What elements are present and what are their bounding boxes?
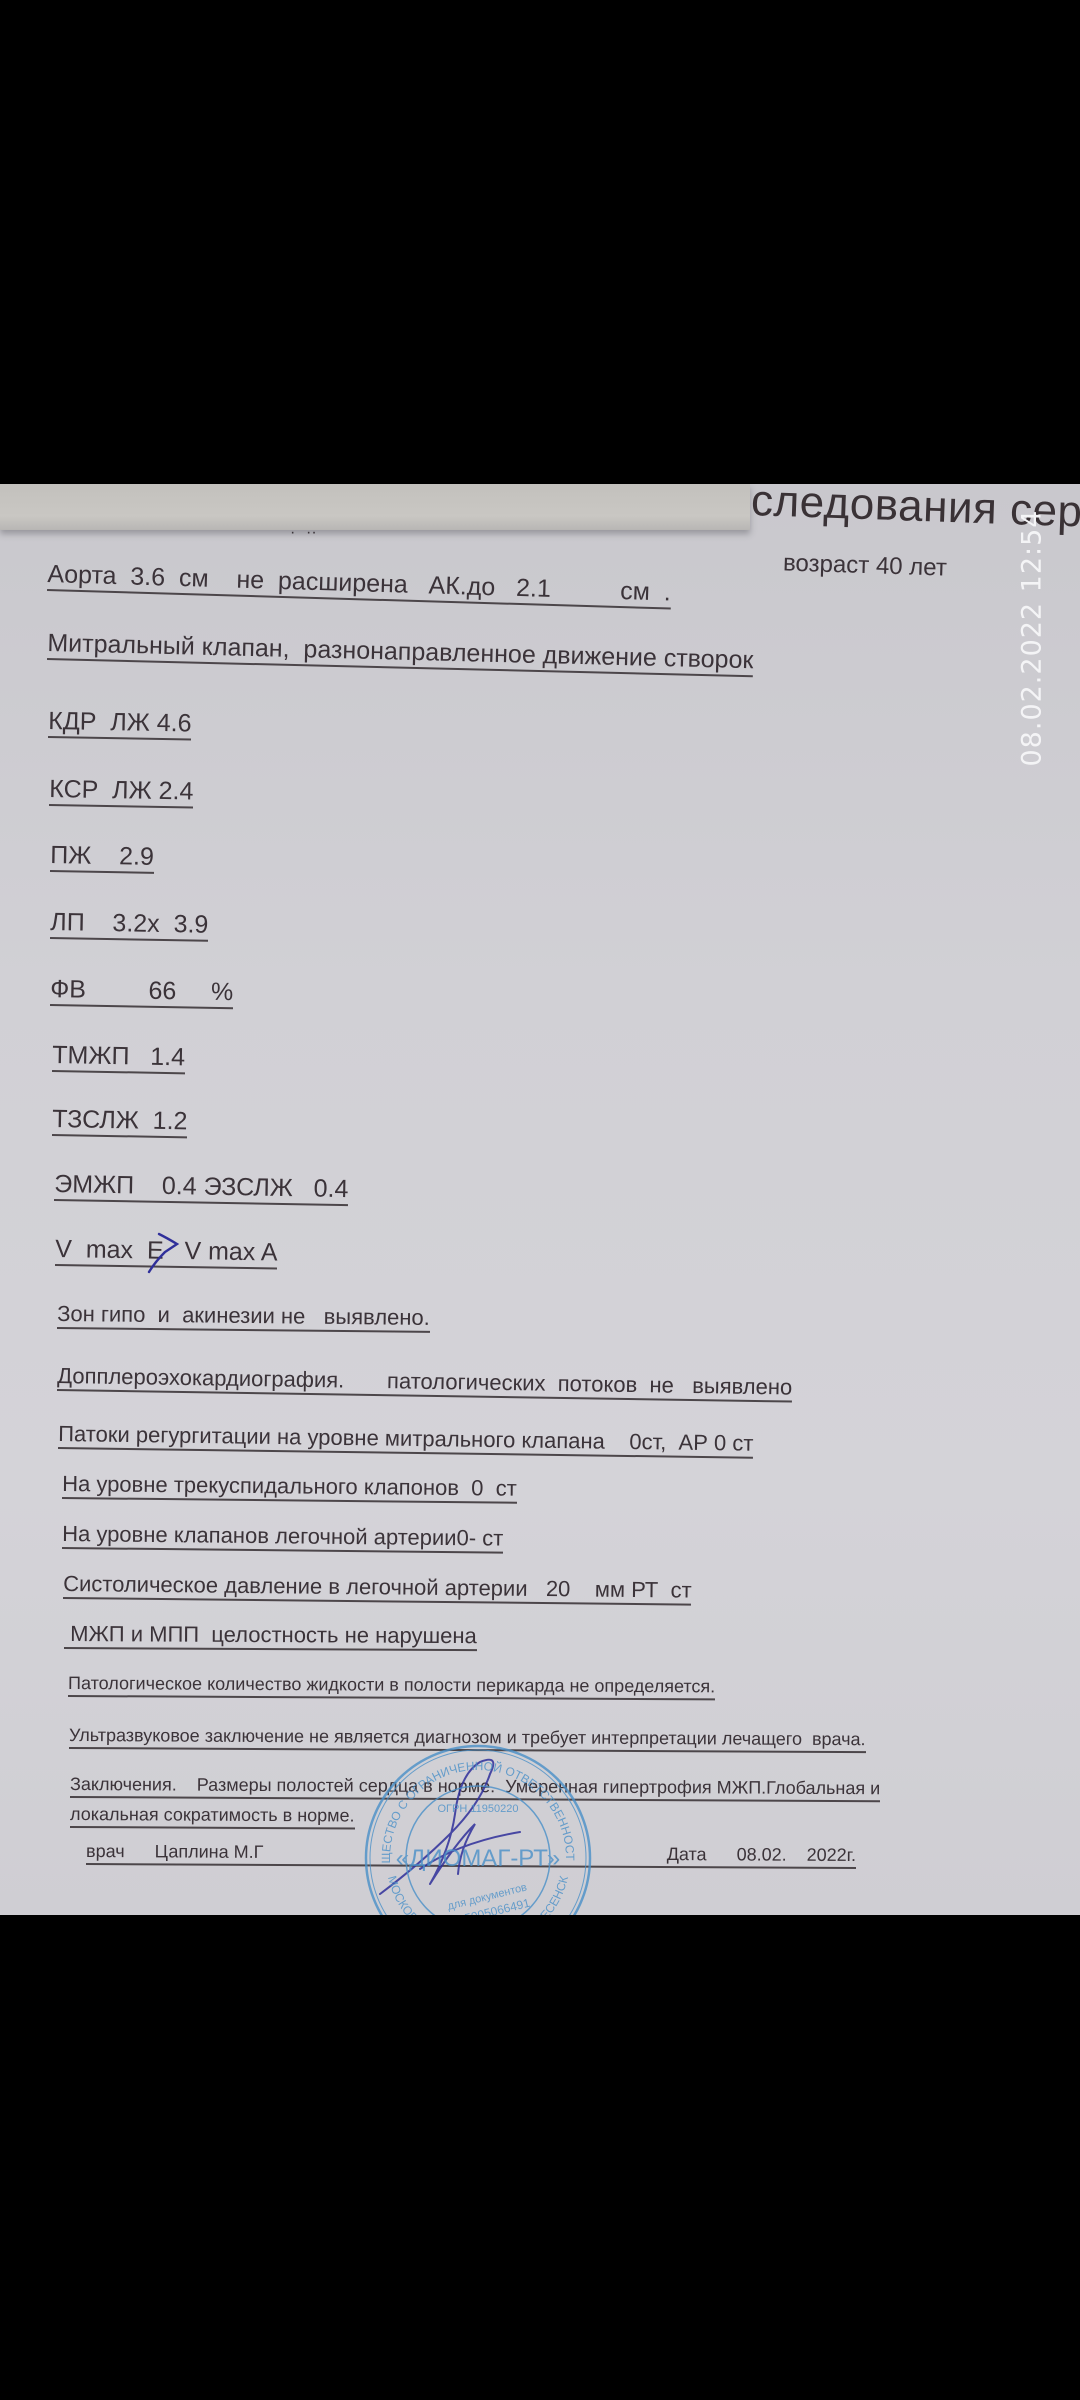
fv-line: ФВ 66 % (50, 976, 233, 1009)
date-label: Дата (667, 1845, 707, 1864)
zones-line: Зон гипо и акинезии не выявлено. (57, 1302, 430, 1333)
date-value: 08.02. 2022г. (737, 1845, 857, 1865)
document-photo: следования сер ·‾‾·· возраст 40 лет Аорт… (0, 484, 1080, 1915)
stamp-center-text: «ДИОМАГ-РТ» (396, 1845, 560, 1872)
ksr-line: КСР ЛЖ 2.4 (49, 776, 194, 809)
pulmonary-valve-line: На уровне клапанов легочной артерии0- ст (62, 1522, 503, 1554)
septum-line: МЖП и МПП целостность не нарушена (64, 1622, 477, 1651)
systolic-pressure-line: Систолическое давление в легочной артери… (63, 1572, 692, 1606)
vmax-line: V max E V max A (55, 1236, 278, 1270)
pericardium-line: Патологическое количество жидкости в пол… (68, 1674, 715, 1700)
lp-line: ЛП 3.2х 3.9 (50, 909, 209, 942)
stamp-ogrn: ОГРН 11950220 (438, 1803, 519, 1815)
mitral-valve-line: Митральный клапан, разнонаправленное дви… (47, 630, 754, 677)
aorta-line: Аорта 3.6 см не расширена АК.до 2.1 см . (47, 561, 671, 610)
regurgitation-line: Патоки регургитации на уровне митральног… (58, 1422, 754, 1459)
overlapping-paper-sheet (0, 484, 750, 530)
kdr-line: КДР ЛЖ 4.6 (48, 708, 192, 741)
tzslzh-line: ТЗСЛЖ 1.2 (52, 1106, 188, 1139)
camera-timestamp: 08.02.2022 12:54 (1012, 518, 1052, 758)
patient-age: возраст 40 лет (783, 549, 948, 582)
emzhp-ezslzh-line: ЭМЖП 0.4 ЭЗСЛЖ 0.4 (54, 1171, 349, 1206)
organization-stamp: ОБЩЕСТВО С ОГРАНИЧЕННОЙ ОТВЕТСТВЕННОСТЬЮ… (360, 1740, 596, 1915)
doctor-label: врач (86, 1842, 125, 1861)
doctor-name: Цаплина М.Г (155, 1842, 264, 1861)
pzh-line: ПЖ 2.9 (50, 842, 154, 874)
doppler-line: Допплероэхокардиография. патологических … (57, 1364, 792, 1403)
tricuspid-line: На уровне трекуспидального клапонов 0 ст (62, 1472, 517, 1504)
conclusion-line-2: локальная сократимость в норме. (70, 1805, 355, 1829)
tmzhp-line: ТМЖП 1.4 (52, 1042, 185, 1075)
